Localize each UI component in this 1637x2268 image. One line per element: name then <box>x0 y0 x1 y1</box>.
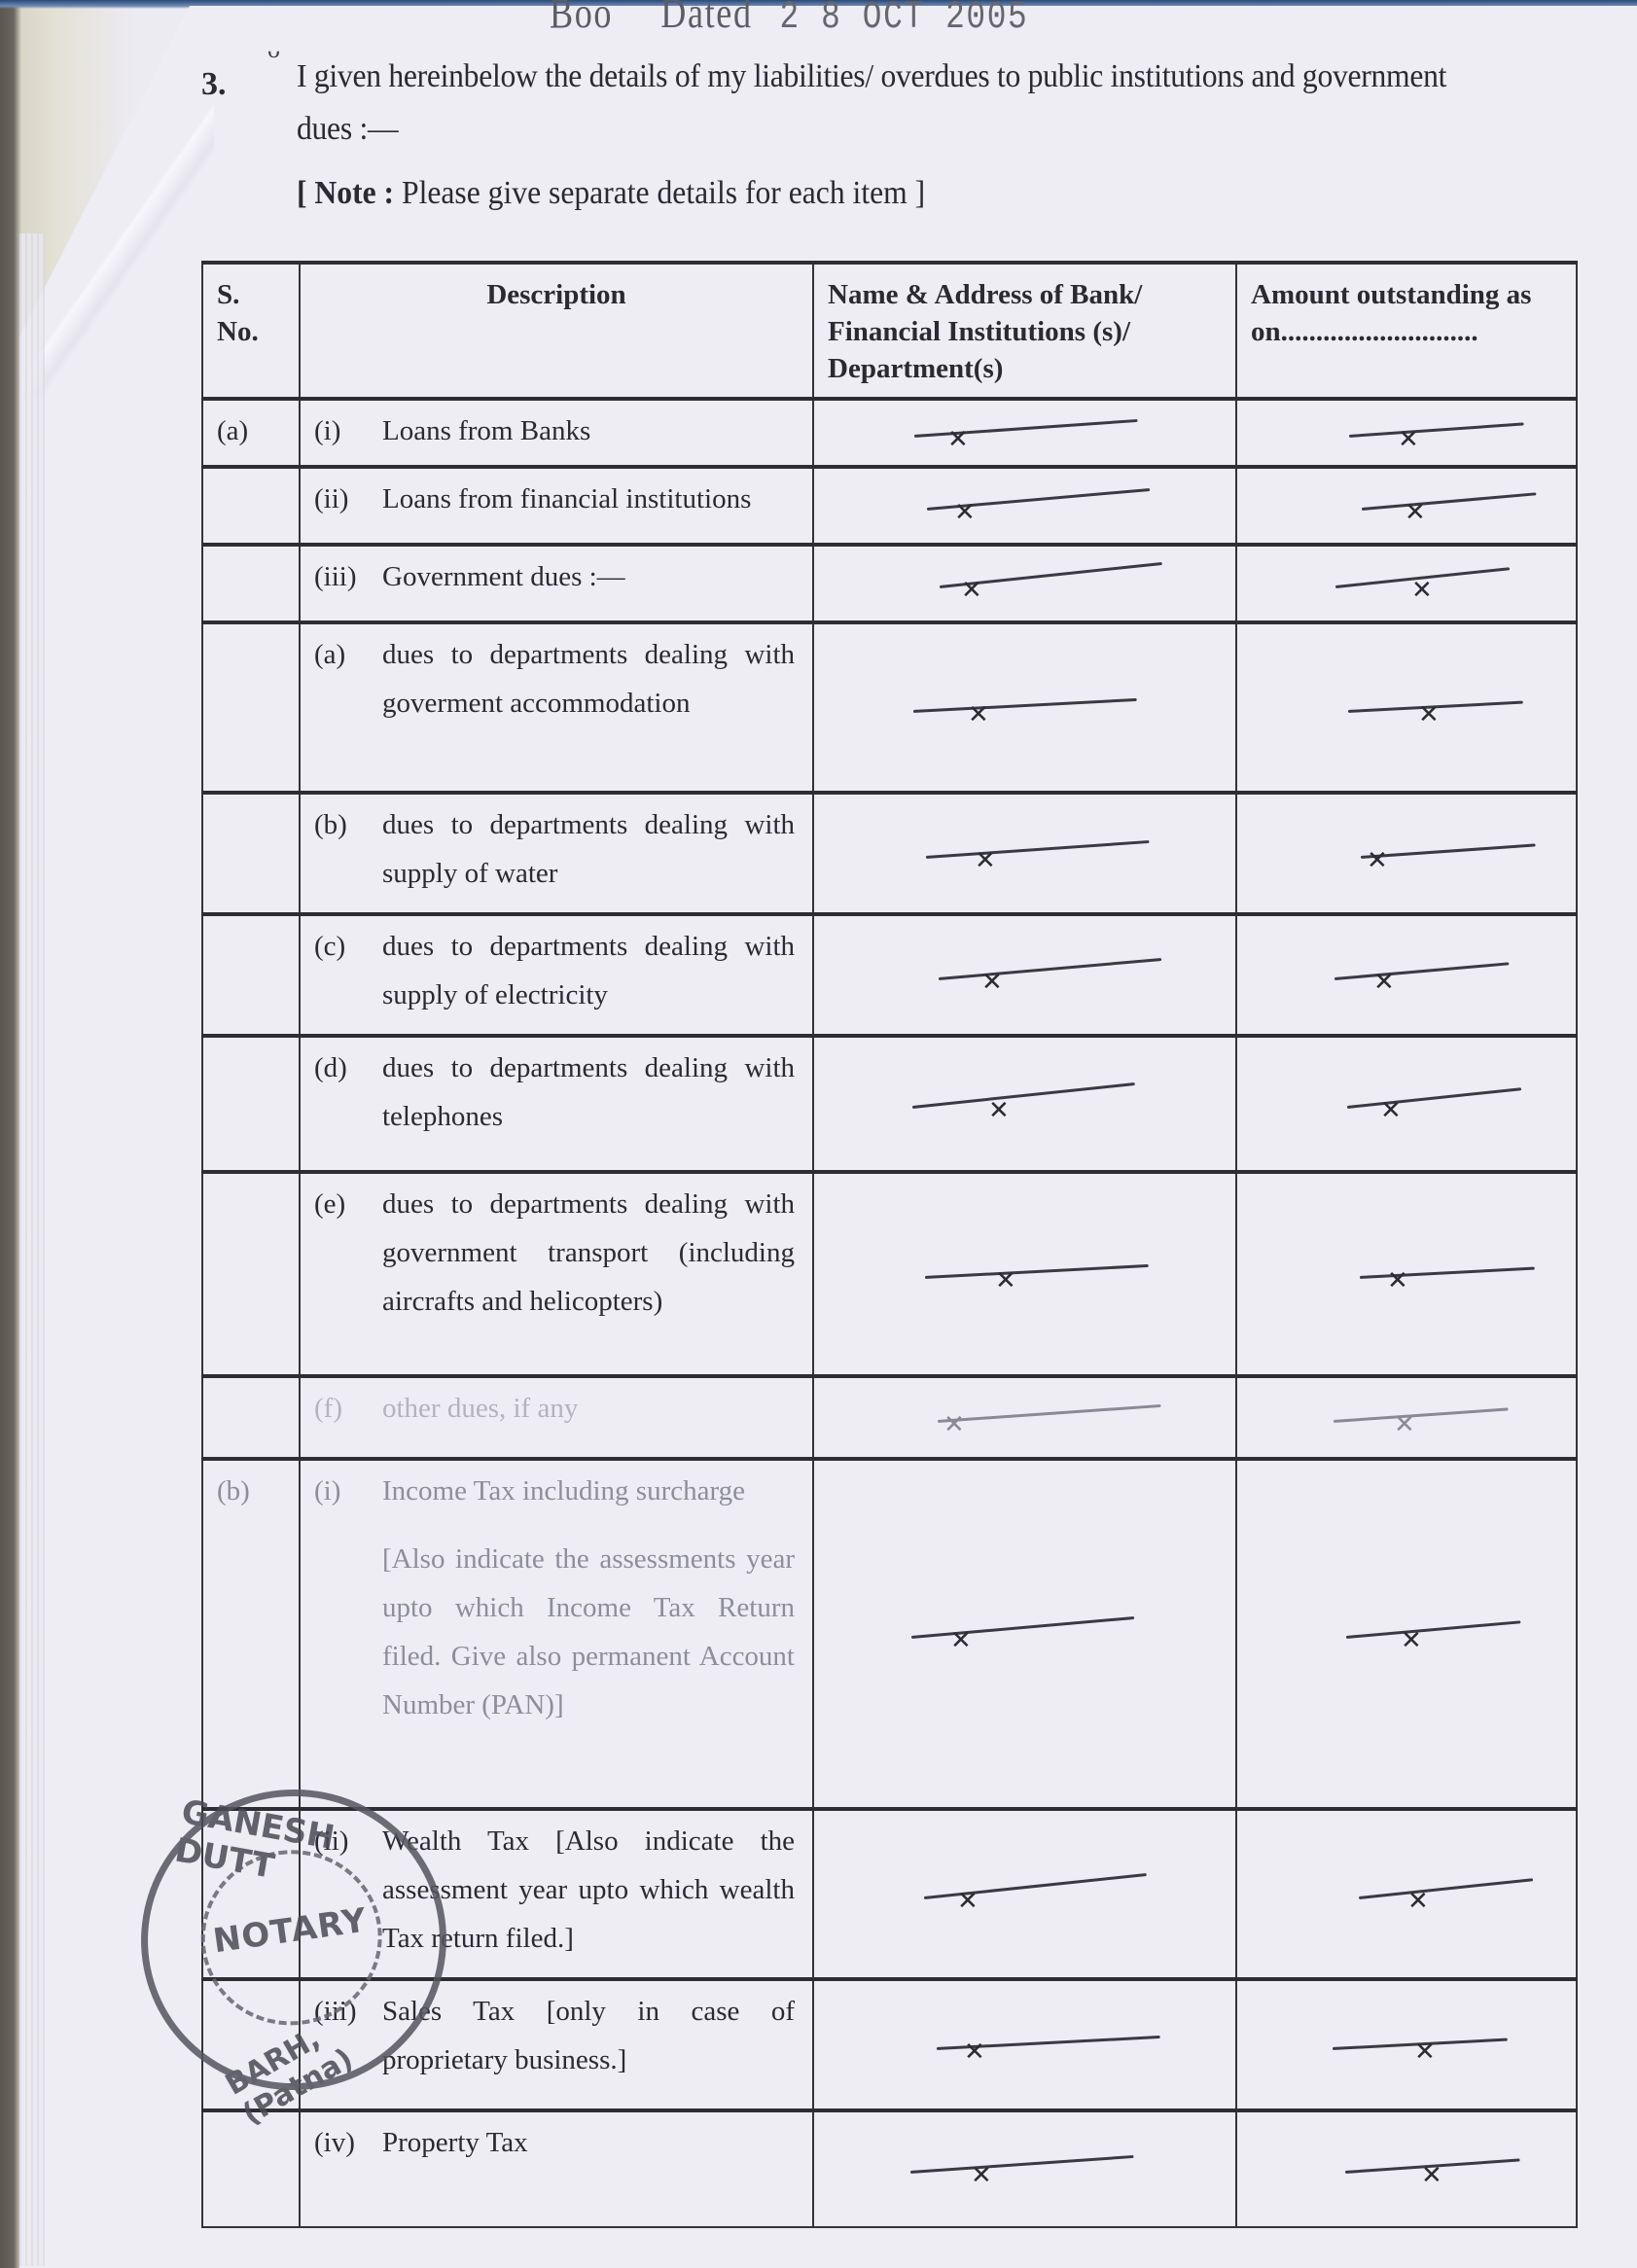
cell-sno <box>202 793 300 914</box>
handwritten-x-mark: ✕ <box>947 415 969 464</box>
handwritten-x-mark: ✕ <box>975 836 996 885</box>
handwritten-x-mark: ✕ <box>1401 1616 1422 1665</box>
handwritten-x-mark: ✕ <box>1421 2151 1442 2200</box>
item-description: dues to departments dealing with supply … <box>382 922 795 1019</box>
cell-description: (a)dues to departments dealing with gove… <box>300 622 813 793</box>
handwritten-dash <box>1335 962 1510 980</box>
cell-bank: ✕ <box>813 1459 1236 1809</box>
item-description: dues to departments dealing with supply … <box>382 800 795 898</box>
cell-bank: ✕ <box>813 1376 1236 1459</box>
table-row: (iv)Property Tax✕✕ <box>202 2110 1577 2227</box>
handwritten-x-mark: ✕ <box>981 958 1003 1007</box>
handwritten-x-mark: ✕ <box>968 691 989 739</box>
cell-sno <box>202 467 300 545</box>
handwritten-dash <box>913 698 1137 713</box>
cell-description: (c)dues to departments dealing with supp… <box>300 914 813 1036</box>
handwritten-x-mark: ✕ <box>954 488 976 537</box>
table-row: (c)dues to departments dealing with supp… <box>202 914 1577 1036</box>
item-marker: (a) <box>314 630 382 679</box>
handwritten-dash <box>1360 1267 1535 1279</box>
handwritten-x-mark: ✕ <box>1367 836 1388 885</box>
handwritten-tick: ᴗ <box>267 35 280 64</box>
header-amount: Amount outstanding as on................… <box>1236 263 1577 399</box>
handwritten-dash <box>1362 492 1537 511</box>
cell-bank: ✕ <box>813 1809 1236 1979</box>
handwritten-x-mark: ✕ <box>971 2151 992 2200</box>
handwritten-dash <box>925 1264 1149 1279</box>
cell-amount: ✕ <box>1236 1809 1577 1979</box>
table-row: (f)other dues, if any✕✕ <box>202 1376 1577 1459</box>
table-row: (b)dues to departments dealing with supp… <box>202 793 1577 914</box>
cell-amount: ✕ <box>1236 545 1577 622</box>
cell-sno <box>202 1172 300 1376</box>
cell-sno <box>202 545 300 622</box>
stamp-dated-label: Dated <box>660 0 752 37</box>
section-intro: I given hereinbelow the details of my li… <box>297 51 1500 156</box>
item-marker: (e) <box>314 1180 382 1228</box>
cell-description: (i)Income Tax including surcharge[Also i… <box>300 1459 813 1809</box>
note-text: Please give separate details for each it… <box>402 175 925 211</box>
cell-amount: ✕ <box>1236 1036 1577 1172</box>
cell-bank: ✕ <box>813 545 1236 622</box>
cell-bank: ✕ <box>813 1172 1236 1376</box>
table-row: (ii)Loans from financial institutions✕✕ <box>202 467 1577 545</box>
handwritten-dash <box>1349 422 1524 438</box>
table-row: (a)dues to departments dealing with gove… <box>202 622 1577 793</box>
handwritten-x-mark: ✕ <box>950 1616 972 1665</box>
cell-sno: (b) <box>202 1459 300 1809</box>
cell-description: (i)Loans from Banks <box>300 399 813 467</box>
cell-bank: ✕ <box>813 1979 1236 2110</box>
handwritten-x-mark: ✕ <box>943 1400 965 1449</box>
table-row: (b)(i)Income Tax including surcharge[Als… <box>202 1459 1577 1809</box>
table-row: (e)dues to departments dealing with gove… <box>202 1172 1577 1376</box>
item-description: dues to departments dealing with telepho… <box>382 1044 795 1141</box>
cell-amount: ✕ <box>1236 1459 1577 1809</box>
item-description: Loans from financial institutions <box>382 475 795 523</box>
item-description: dues to departments dealing with governm… <box>382 1180 795 1326</box>
cell-description: (d)dues to departments dealing with tele… <box>300 1036 813 1172</box>
cell-amount: ✕ <box>1236 2110 1577 2227</box>
handwritten-x-mark: ✕ <box>957 1877 979 1926</box>
handwritten-dash <box>1347 1087 1521 1109</box>
handwritten-x-mark: ✕ <box>1418 691 1440 739</box>
handwritten-x-mark: ✕ <box>961 566 982 615</box>
item-description: Income Tax including surcharge <box>382 1467 795 1515</box>
item-description: Government dues :— <box>382 552 795 601</box>
handwritten-x-mark: ✕ <box>1407 1877 1429 1926</box>
handwritten-x-mark: ✕ <box>1373 958 1395 1007</box>
handwritten-x-mark: ✕ <box>995 1257 1016 1305</box>
cell-amount: ✕ <box>1236 1172 1577 1376</box>
handwritten-dash <box>912 1082 1135 1109</box>
item-marker: (iii) <box>314 552 382 601</box>
handwritten-dash <box>1346 1620 1521 1639</box>
handwritten-dash <box>911 1616 1134 1639</box>
cell-bank: ✕ <box>813 914 1236 1036</box>
item-marker: (b) <box>314 800 382 849</box>
cell-amount: ✕ <box>1236 399 1577 467</box>
item-description: other dues, if any <box>382 1384 795 1433</box>
handwritten-dash <box>1334 1407 1509 1423</box>
cell-bank: ✕ <box>813 793 1236 914</box>
item-marker: (d) <box>314 1044 382 1092</box>
handwritten-x-mark: ✕ <box>988 1086 1010 1135</box>
handwritten-dash <box>926 840 1150 859</box>
cell-amount: ✕ <box>1236 1979 1577 2110</box>
table-row: (d)dues to departments dealing with tele… <box>202 1036 1577 1172</box>
cell-amount: ✕ <box>1236 467 1577 545</box>
table-row: (a)(i)Loans from Banks✕✕ <box>202 399 1577 467</box>
item-marker: (f) <box>314 1384 382 1433</box>
note-label: [ Note : <box>297 175 394 211</box>
cell-description: (ii)Loans from financial institutions <box>300 467 813 545</box>
handwritten-dash <box>1359 1878 1533 1899</box>
section-note: [ Note : Please give separate details fo… <box>297 175 925 212</box>
cell-amount: ✕ <box>1236 1376 1577 1459</box>
item-description: Loans from Banks <box>382 407 795 455</box>
item-description: dues to departments dealing with goverme… <box>382 630 795 727</box>
cell-sno <box>202 1036 300 1172</box>
cell-description: (e)dues to departments dealing with gove… <box>300 1172 813 1376</box>
cell-bank: ✕ <box>813 622 1236 793</box>
book-dated-stamp: BooDated2 8 OCT 2005 <box>550 0 1028 40</box>
handwritten-dash <box>910 2155 1134 2174</box>
handwritten-x-mark: ✕ <box>1414 2028 1436 2076</box>
handwritten-x-mark: ✕ <box>1380 1086 1402 1135</box>
header-sno: S. No. <box>202 263 300 399</box>
handwritten-x-mark: ✕ <box>1387 1257 1408 1305</box>
cell-amount: ✕ <box>1236 914 1577 1036</box>
cell-amount: ✕ <box>1236 622 1577 793</box>
page-stack-edge <box>19 233 45 2266</box>
handwritten-dash <box>939 958 1161 980</box>
cell-bank: ✕ <box>813 2110 1236 2227</box>
item-description-extra: [Also indicate the assessments year upto… <box>382 1535 795 1729</box>
item-marker: (i) <box>314 1467 382 1515</box>
cell-sno: (a) <box>202 399 300 467</box>
header-bank: Name & Address of Bank/ Financial Instit… <box>813 263 1236 399</box>
item-marker: (c) <box>314 922 382 971</box>
stamp-prefix: Boo <box>550 0 613 37</box>
cell-description: (b)dues to departments dealing with supp… <box>300 793 813 914</box>
section-number: 3. <box>201 66 227 103</box>
item-marker: (ii) <box>314 475 382 523</box>
cell-sno <box>202 914 300 1036</box>
handwritten-x-mark: ✕ <box>1398 415 1419 464</box>
item-marker: (iv) <box>314 2118 382 2167</box>
handwritten-dash <box>938 1404 1161 1423</box>
cell-amount: ✕ <box>1236 793 1577 914</box>
cell-sno <box>202 1376 300 1459</box>
stamp-date: 2 8 OCT 2005 <box>780 0 1029 40</box>
item-description: Property Tax <box>382 2118 795 2167</box>
cell-description: (f)other dues, if any <box>300 1376 813 1459</box>
handwritten-x-mark: ✕ <box>1405 488 1426 537</box>
cell-description: (iii)Government dues :— <box>300 545 813 622</box>
handwritten-x-mark: ✕ <box>964 2028 985 2076</box>
cell-sno <box>202 622 300 793</box>
handwritten-x-mark: ✕ <box>1411 566 1433 615</box>
handwritten-x-mark: ✕ <box>1394 1400 1415 1449</box>
item-marker: (i) <box>314 407 382 455</box>
table-row: (iii)Government dues :—✕✕ <box>202 545 1577 622</box>
cell-description: (iv)Property Tax <box>300 2110 813 2227</box>
cell-bank: ✕ <box>813 467 1236 545</box>
cell-bank: ✕ <box>813 1036 1236 1172</box>
cell-bank: ✕ <box>813 399 1236 467</box>
header-description: Description <box>300 263 813 399</box>
